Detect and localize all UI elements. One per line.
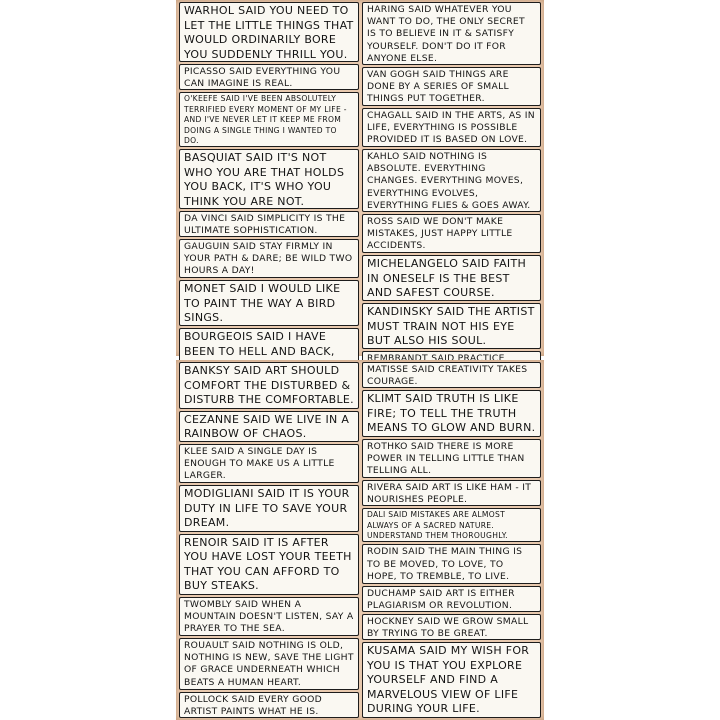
quote-box: Rouault said nothing is old, nothing is … bbox=[179, 638, 359, 690]
quote-box: Kandinsky said the artist must train not… bbox=[362, 303, 541, 349]
quote-box: Monet said I would like to paint the way… bbox=[179, 280, 359, 326]
quote-box: Hockney said we grow small by trying to … bbox=[362, 614, 541, 640]
quote-box: Da Vinci said simplicity is the ultimate… bbox=[179, 211, 359, 237]
quote-column-bottom-left: Banksy said art should comfort the distu… bbox=[179, 362, 359, 718]
quote-column-bottom-right: Matisse said creativity takes courage.Kl… bbox=[362, 362, 541, 718]
quote-box: Rivera said art is like ham - it nourish… bbox=[362, 480, 541, 506]
quote-box: Klimt said truth is like fire; to tell t… bbox=[362, 390, 541, 436]
quote-box: Basquiat said it's not who you are that … bbox=[179, 149, 359, 209]
quote-box: Renoir said it is after you have lost yo… bbox=[179, 534, 359, 595]
quote-box: Klee said a single day is enough to make… bbox=[179, 444, 359, 483]
quote-box: Matisse said creativity takes courage. bbox=[362, 362, 541, 388]
quote-box: Michelangelo said faith in oneself is th… bbox=[362, 255, 541, 301]
quote-column-top-left: Warhol said you need to let the little t… bbox=[179, 2, 359, 354]
quote-box: Rodin said the main thing is to be moved… bbox=[362, 544, 541, 583]
quote-box: Rothko said there is more power in telli… bbox=[362, 439, 541, 478]
quote-box: Warhol said you need to let the little t… bbox=[179, 2, 359, 62]
quote-box: Banksy said art should comfort the distu… bbox=[179, 362, 359, 409]
quote-box: O'Keefe said I've been absolutely terrif… bbox=[179, 92, 359, 147]
quote-box: Duchamp said art is either plagiarism or… bbox=[362, 586, 541, 612]
quote-box: Twombly said when a mountain doesn't lis… bbox=[179, 597, 359, 636]
artwork-panel-top: Warhol said you need to let the little t… bbox=[176, 0, 544, 356]
quote-box: Kahlo said nothing is absolute. Everythi… bbox=[362, 149, 541, 212]
quote-column-top-right: Haring said whatever you want to do, the… bbox=[362, 2, 541, 354]
quote-box: Cezanne said we live in a rainbow of cha… bbox=[179, 411, 359, 442]
artwork-panel-bottom: Banksy said art should comfort the distu… bbox=[176, 360, 544, 720]
quote-box: Gauguin said stay firmly in your path & … bbox=[179, 239, 359, 278]
quote-box: Ross said we don't make mistakes, just h… bbox=[362, 214, 541, 253]
quote-box: Kusama said my wish for you is that you … bbox=[362, 642, 541, 718]
quote-box: Chagall said in the arts, as in life, ev… bbox=[362, 108, 541, 147]
quote-box: Van Gogh said things are done by a serie… bbox=[362, 67, 541, 106]
quote-box: Dali said mistakes are almost always of … bbox=[362, 508, 541, 542]
quote-box: Modigliani said it is your duty in life … bbox=[179, 485, 359, 532]
quote-box: Picasso said everything you can imagine … bbox=[179, 64, 359, 90]
quote-box: Pollock said every good artist paints wh… bbox=[179, 692, 359, 718]
quote-box: Haring said whatever you want to do, the… bbox=[362, 2, 541, 65]
